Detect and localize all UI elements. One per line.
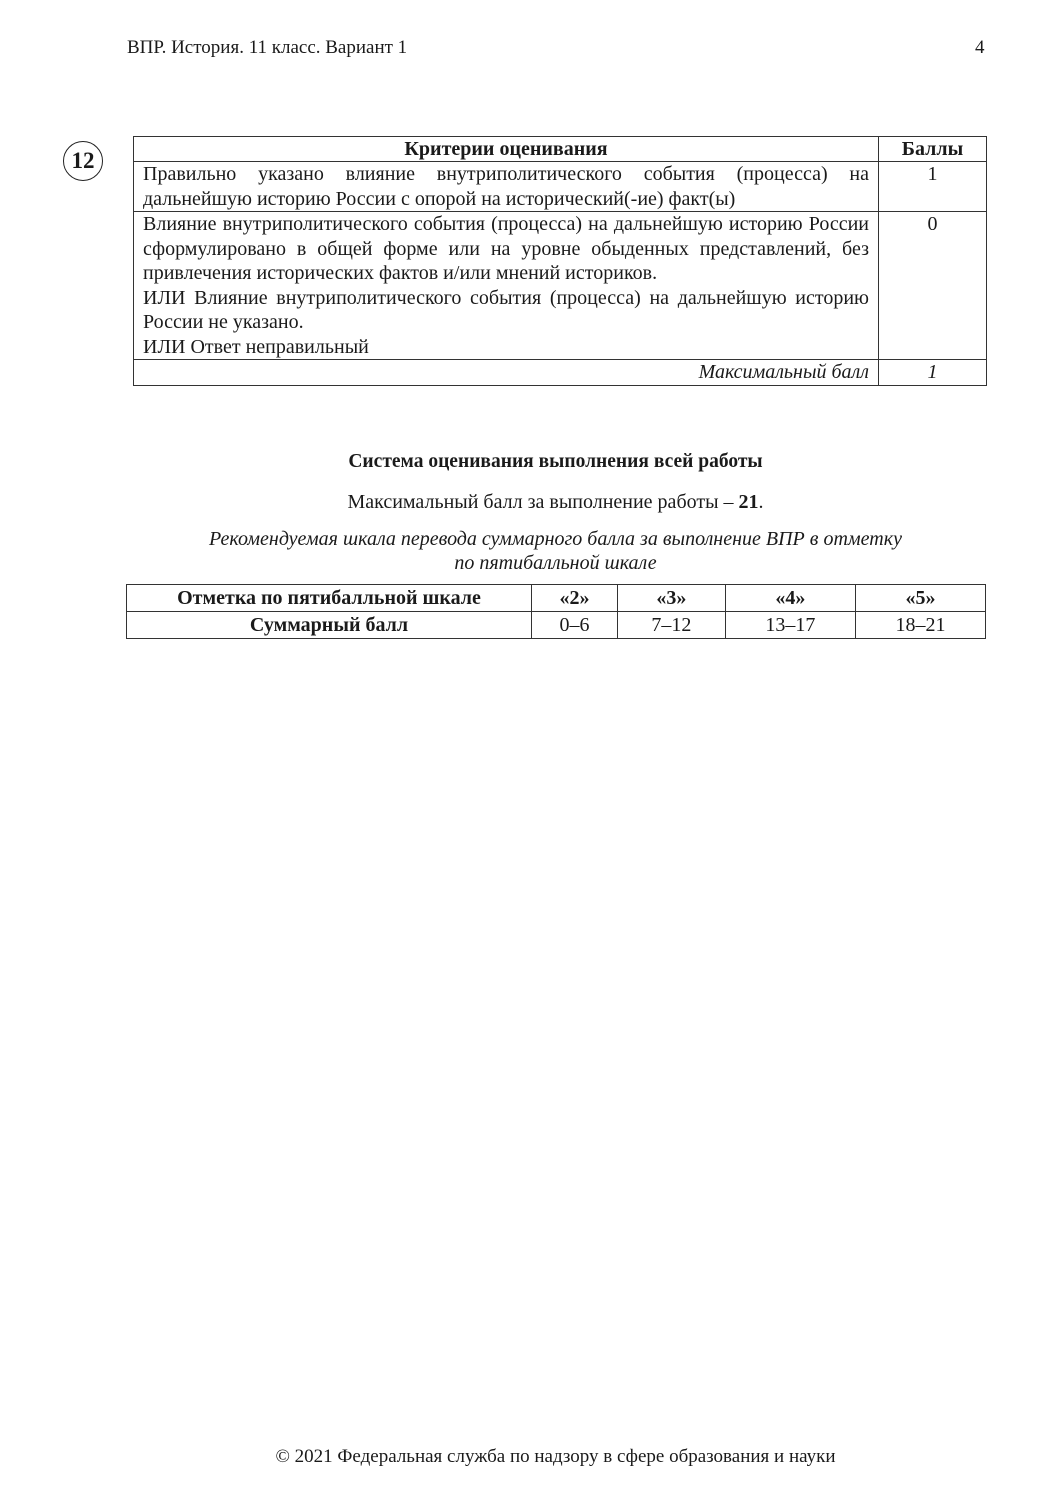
task-number-badge: 12 <box>63 141 103 181</box>
max-score-label: Максимальный балл <box>134 360 879 386</box>
grading-section-title: Система оценивания выполнения всей работ… <box>0 451 1061 473</box>
criterion-line: Влияние внутриполитического события (про… <box>143 212 869 286</box>
criteria-row: Правильно указано влияние внутриполитиче… <box>134 162 987 212</box>
grade-cell: «2» <box>532 585 618 612</box>
score-range-cell: 0–6 <box>532 612 618 639</box>
criterion-points: 0 <box>879 212 987 360</box>
criterion-line: ИЛИ Влияние внутриполитического события … <box>143 286 869 335</box>
max-score-row: Максимальный балл 1 <box>134 360 987 386</box>
criterion-text: Правильно указано влияние внутриполитиче… <box>134 162 879 212</box>
document-header-title: ВПР. История. 11 класс. Вариант 1 <box>127 37 407 59</box>
score-range-cell: 18–21 <box>855 612 985 639</box>
total-max-score-text: Максимальный балл за выполнение работы – <box>347 491 738 513</box>
criterion-points: 1 <box>879 162 987 212</box>
grade-row: Отметка по пятибалльной шкале «2» «3» «4… <box>127 585 986 612</box>
points-header: Баллы <box>879 137 987 162</box>
task-number: 12 <box>72 148 95 174</box>
criteria-header-row: Критерии оценивания Баллы <box>134 137 987 162</box>
total-max-score-value: 21 <box>739 491 759 513</box>
criteria-header: Критерии оценивания <box>134 137 879 162</box>
scale-caption: Рекомендуемая шкала перевода суммарного … <box>0 527 1061 575</box>
page-number: 4 <box>975 37 985 59</box>
max-score-value: 1 <box>879 360 987 386</box>
criterion-line: ИЛИ Ответ неправильный <box>143 335 869 360</box>
scale-caption-line: Рекомендуемая шкала перевода суммарного … <box>0 527 1061 551</box>
score-range-row: Суммарный балл 0–6 7–12 13–17 18–21 <box>127 612 986 639</box>
scale-caption-line: по пятибалльной шкале <box>0 551 1061 575</box>
score-range-cell: 7–12 <box>617 612 725 639</box>
criterion-text: Влияние внутриполитического события (про… <box>134 212 879 360</box>
criteria-row: Влияние внутриполитического события (про… <box>134 212 987 360</box>
copyright-footer: © 2021 Федеральная служба по надзору в с… <box>0 1446 1061 1468</box>
total-max-score-suffix: . <box>759 491 764 513</box>
total-max-score: Максимальный балл за выполнение работы –… <box>0 491 1061 514</box>
grade-cell: «4» <box>725 585 855 612</box>
score-range-cell: 13–17 <box>725 612 855 639</box>
grade-cell: «5» <box>855 585 985 612</box>
grade-scale-table: Отметка по пятибалльной шкале «2» «3» «4… <box>126 584 986 639</box>
criteria-table: Критерии оценивания Баллы Правильно указ… <box>133 136 987 386</box>
score-row-label: Суммарный балл <box>127 612 532 639</box>
grade-cell: «3» <box>617 585 725 612</box>
grade-row-label: Отметка по пятибалльной шкале <box>127 585 532 612</box>
